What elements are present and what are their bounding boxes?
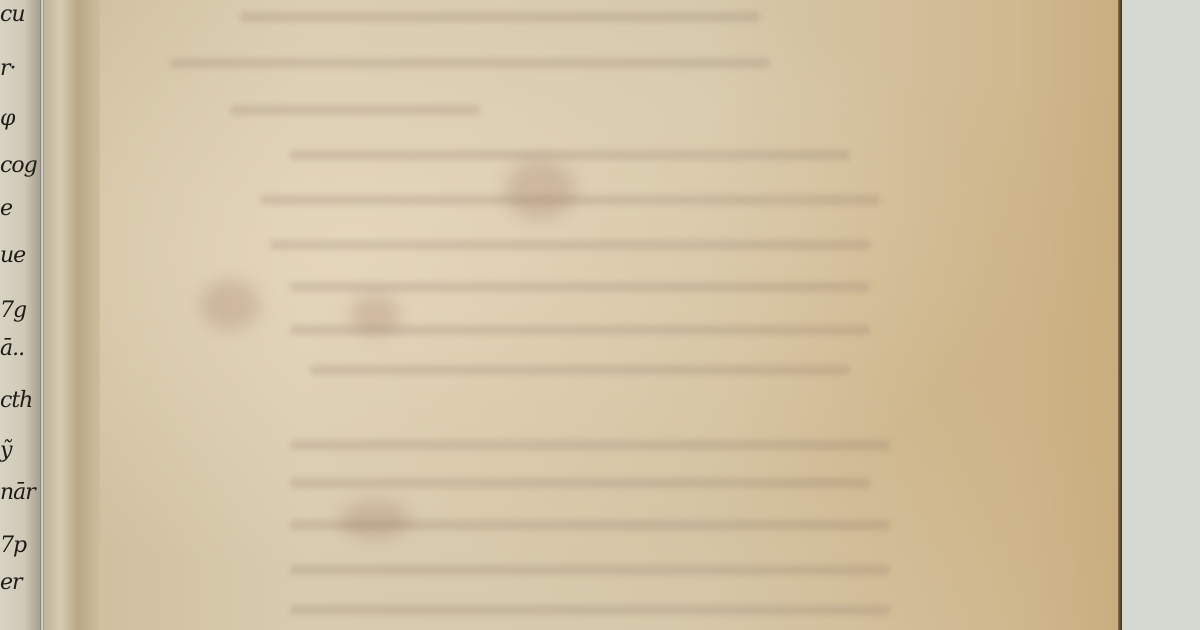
leaf-glyph: e	[0, 198, 12, 220]
leaf-glyph: ā..	[0, 338, 24, 360]
adjacent-leaf-edge: cu r· φ cog e ue 7g ā.. cth ỹ nār 7p er	[0, 0, 40, 630]
leaf-glyph: er	[0, 572, 22, 594]
stain	[505, 160, 575, 220]
leaf-glyph: 7p	[0, 535, 26, 557]
leaf-glyph: 7g	[0, 300, 26, 322]
stain	[200, 280, 260, 330]
leaf-glyph: ue	[0, 245, 25, 267]
leaf-glyph: nār	[0, 482, 35, 504]
leaf-glyph: φ	[0, 108, 14, 130]
leaf-glyph: r·	[0, 58, 16, 80]
page-fold	[44, 0, 100, 630]
leaf-glyph: ỹ	[0, 440, 11, 462]
leaf-glyph: cog	[0, 155, 37, 177]
leaf-glyph: cu	[0, 4, 25, 26]
manuscript-photo: cu r· φ cog e ue 7g ā.. cth ỹ nār 7p er	[0, 0, 1200, 630]
stain	[350, 295, 400, 335]
stain	[340, 500, 410, 540]
leaf-glyph: cth	[0, 390, 32, 412]
background	[1122, 0, 1200, 630]
show-through-text	[230, 0, 930, 630]
